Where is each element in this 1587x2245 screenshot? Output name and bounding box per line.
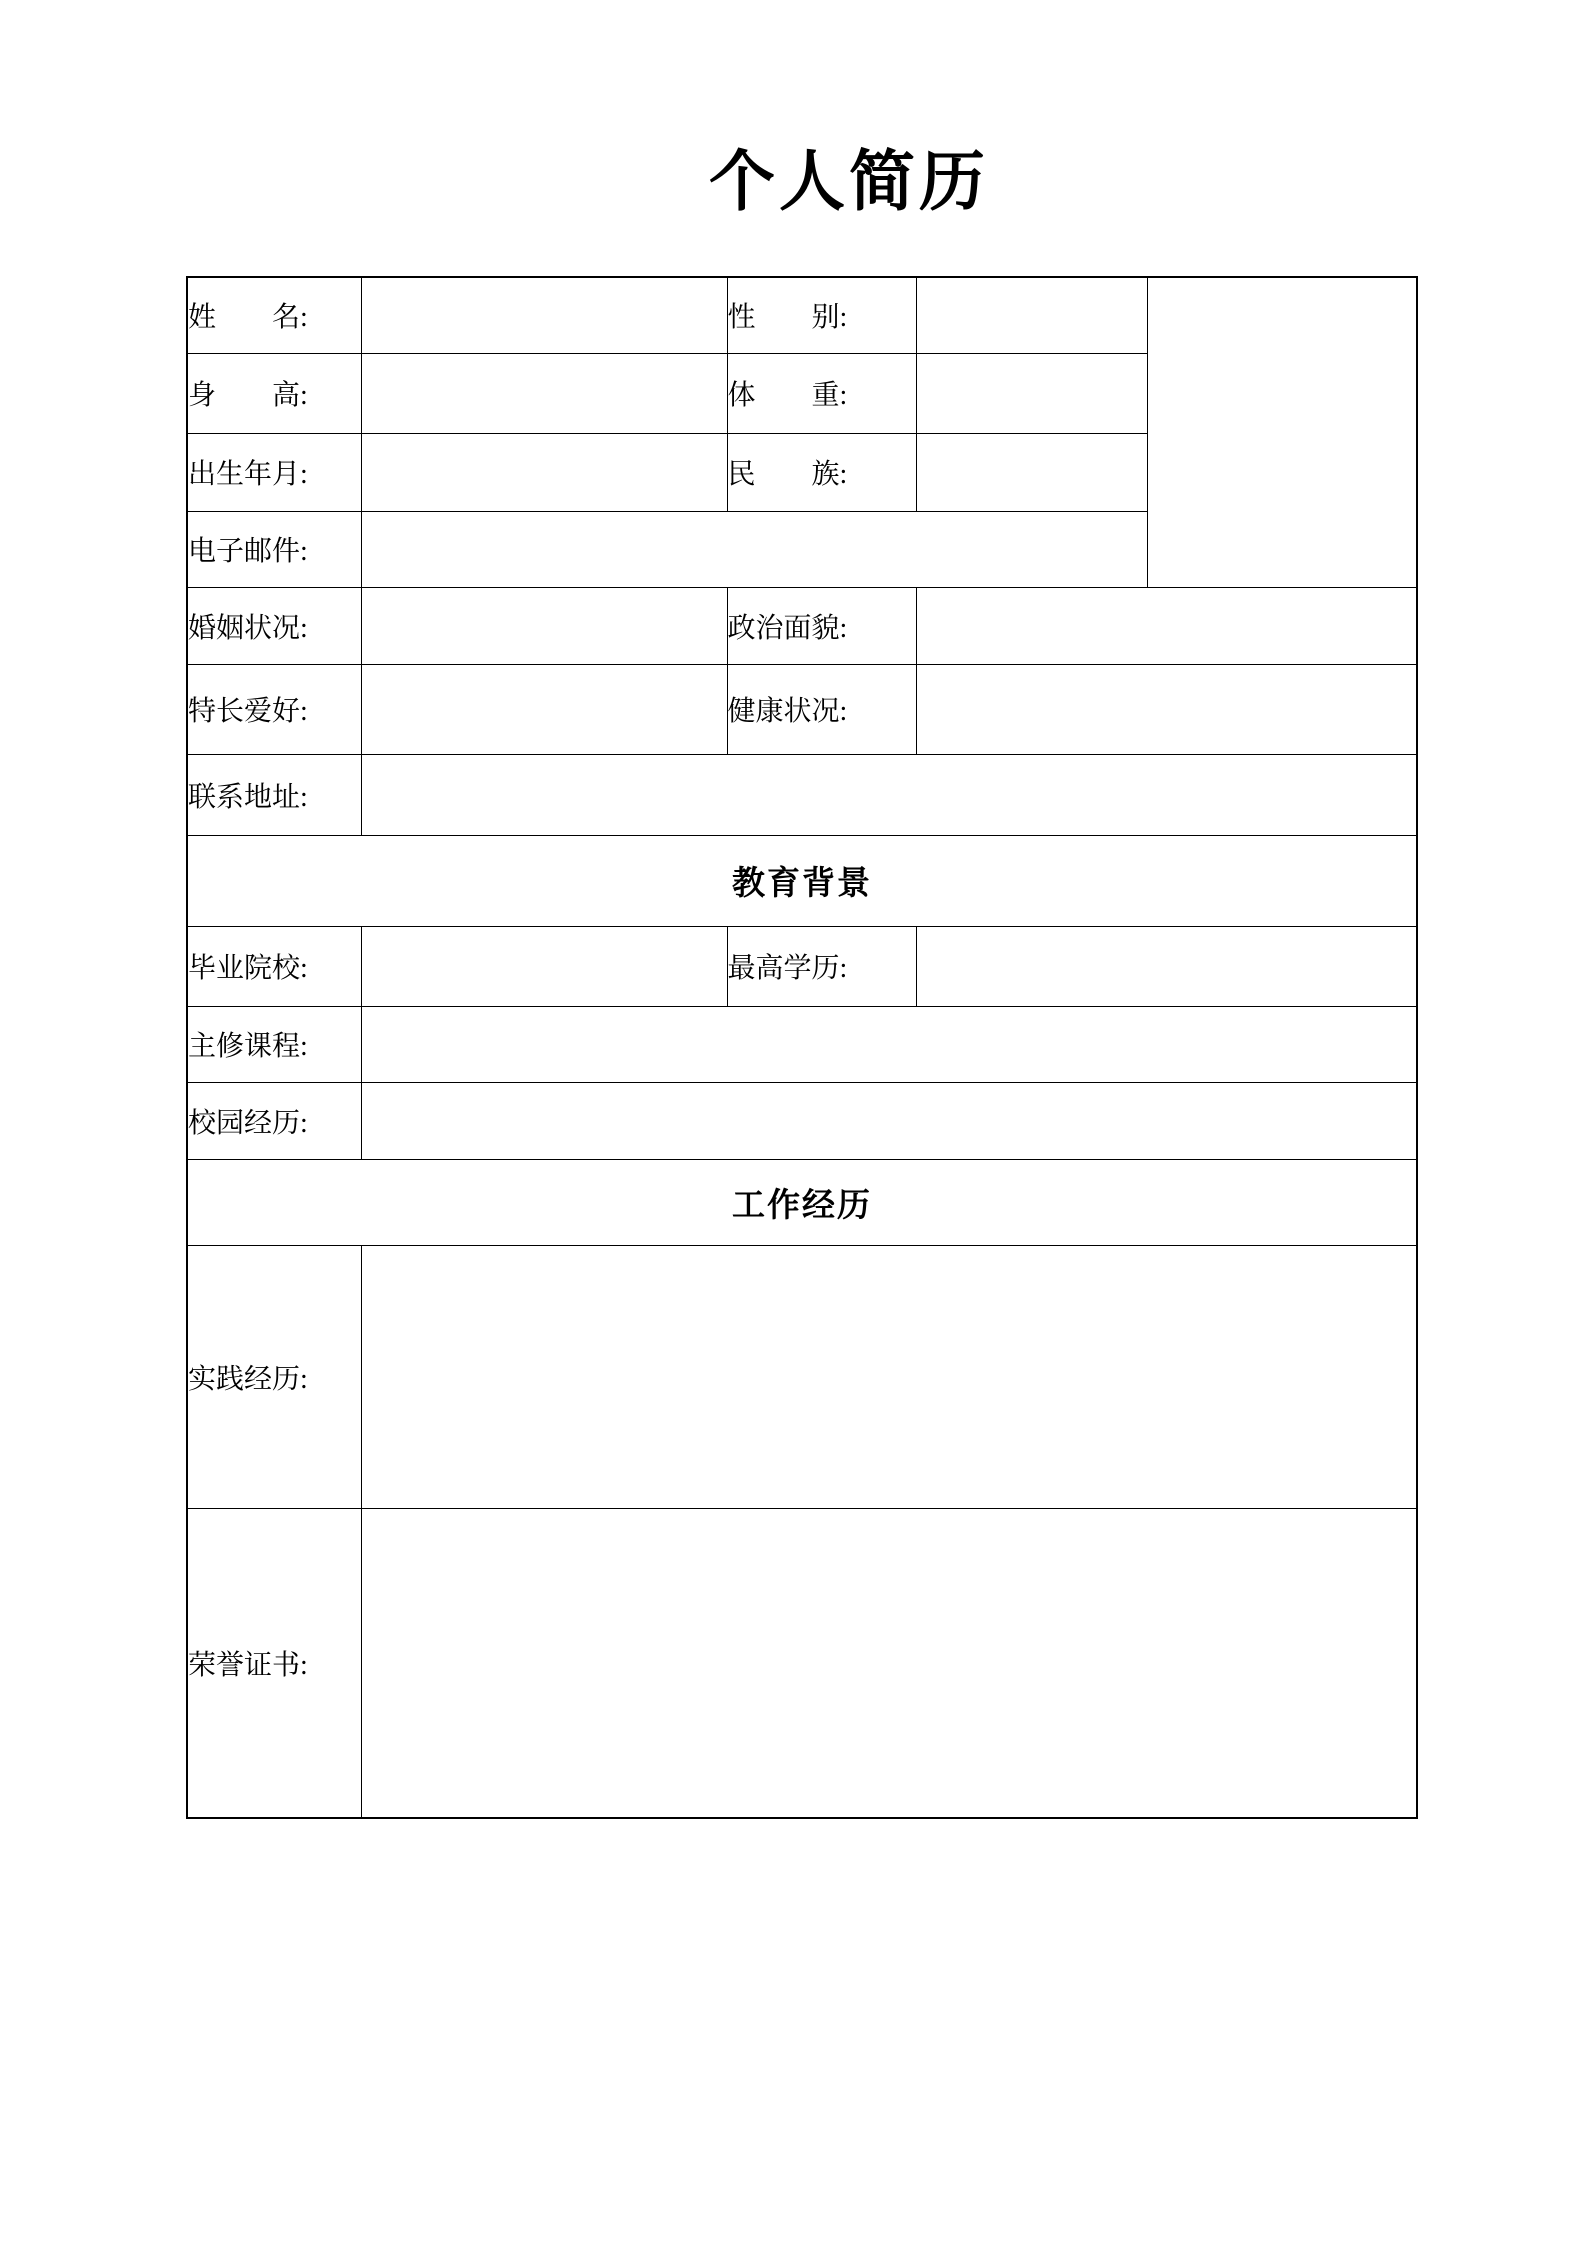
field-honors[interactable]: [361, 1508, 1417, 1818]
label-height: 身 高:: [187, 353, 361, 433]
field-weight[interactable]: [916, 353, 1147, 433]
label-school: 毕业院校:: [187, 926, 361, 1006]
page-title: 个人简历: [186, 143, 1416, 222]
table-row: 工作经历: [187, 1159, 1417, 1245]
section-header-education: 教育背景: [187, 835, 1417, 926]
field-courses[interactable]: [361, 1006, 1417, 1082]
field-practice-experience[interactable]: [361, 1245, 1417, 1508]
label-birth-date: 出生年月:: [187, 433, 361, 511]
label-email: 电子邮件:: [187, 511, 361, 587]
field-birth-date[interactable]: [361, 433, 727, 511]
table-row: 联系地址:: [187, 754, 1417, 835]
table-row: 主修课程:: [187, 1006, 1417, 1082]
resume-table: 姓 名: 性 别: 身 高: 体 重: 出生年月: 民 族: 电子邮件:: [186, 276, 1418, 1819]
field-health[interactable]: [916, 664, 1417, 754]
table-row: 教育背景: [187, 835, 1417, 926]
label-name: 姓 名:: [187, 277, 361, 353]
table-row: 校园经历:: [187, 1082, 1417, 1159]
label-gender: 性 别:: [727, 277, 916, 353]
label-courses: 主修课程:: [187, 1006, 361, 1082]
label-weight: 体 重:: [727, 353, 916, 433]
field-name[interactable]: [361, 277, 727, 353]
photo-placeholder[interactable]: [1147, 277, 1417, 587]
table-row: 姓 名: 性 别:: [187, 277, 1417, 353]
label-hobbies: 特长爱好:: [187, 664, 361, 754]
field-campus-experience[interactable]: [361, 1082, 1417, 1159]
field-hobbies[interactable]: [361, 664, 727, 754]
field-email[interactable]: [361, 511, 1147, 587]
table-row: 荣誉证书:: [187, 1508, 1417, 1818]
label-ethnicity: 民 族:: [727, 433, 916, 511]
label-address: 联系地址:: [187, 754, 361, 835]
field-political-status[interactable]: [916, 587, 1417, 664]
label-health: 健康状况:: [727, 664, 916, 754]
field-height[interactable]: [361, 353, 727, 433]
field-ethnicity[interactable]: [916, 433, 1147, 511]
table-row: 婚姻状况: 政治面貌:: [187, 587, 1417, 664]
field-gender[interactable]: [916, 277, 1147, 353]
field-address[interactable]: [361, 754, 1417, 835]
label-honors: 荣誉证书:: [187, 1508, 361, 1818]
label-marital-status: 婚姻状况:: [187, 587, 361, 664]
table-row: 特长爱好: 健康状况:: [187, 664, 1417, 754]
field-marital-status[interactable]: [361, 587, 727, 664]
section-header-work: 工作经历: [187, 1159, 1417, 1245]
table-row: 实践经历:: [187, 1245, 1417, 1508]
label-practice-experience: 实践经历:: [187, 1245, 361, 1508]
label-political-status: 政治面貌:: [727, 587, 916, 664]
resume-page: 个人简历 姓 名: 性 别: 身 高: 体 重:: [0, 0, 1587, 2245]
field-degree[interactable]: [916, 926, 1417, 1006]
label-degree: 最高学历:: [727, 926, 916, 1006]
table-row: 毕业院校: 最高学历:: [187, 926, 1417, 1006]
label-campus-experience: 校园经历:: [187, 1082, 361, 1159]
field-school[interactable]: [361, 926, 727, 1006]
